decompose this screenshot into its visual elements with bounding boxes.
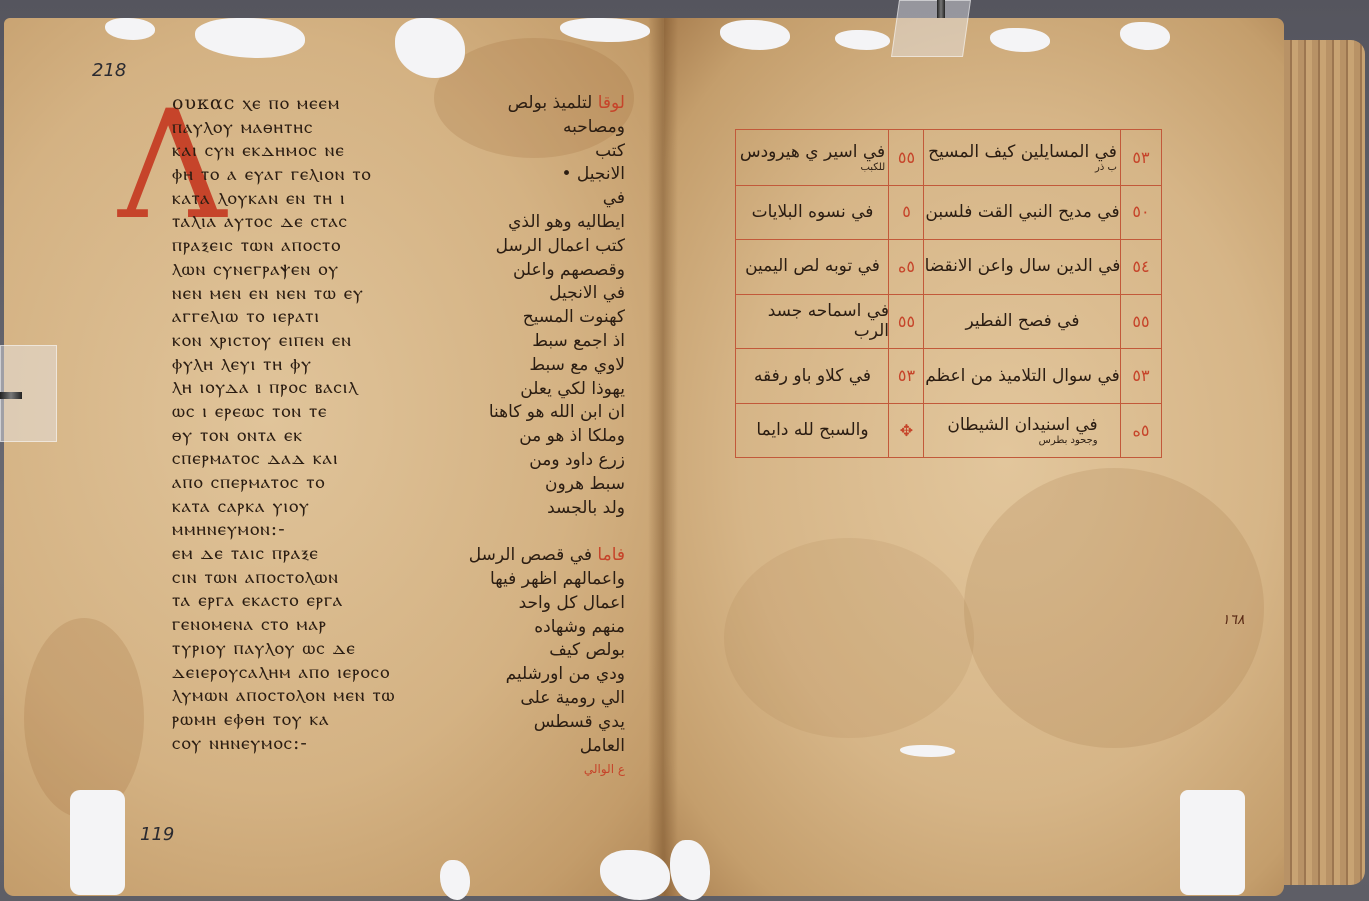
arabic-line: ودي من اورشليم — [455, 663, 625, 687]
arabic-line: زرع داود ومن — [455, 449, 625, 473]
coptic-line: ⲡⲁⲩⲗⲟⲩ ⲙⲁⲑⲏⲧⲏⲥ — [172, 116, 462, 140]
coptic-text-column: ουκαϲ ⲭⲉ ⲡⲟ ⲙⲉⲉⲙ ⲡⲁⲩⲗⲟⲩ ⲙⲁⲑⲏⲧⲏⲥ ⲕⲁⲓ ⲥⲩⲛ … — [172, 92, 462, 755]
chapter-title: في اسماحه جسد الرب — [736, 294, 889, 349]
chapter-title: في مديح النبي القت فلسبن — [923, 185, 1121, 240]
arabic-line: اذ اجمع سبط — [455, 330, 625, 354]
arabic-line: لاوي مع سبط — [455, 354, 625, 378]
chapter-title: في كلاو باو رفقه — [736, 348, 889, 403]
coptic-line: ⲕⲁⲧⲁ ⲥⲁⲣⲕⲁ ⲩⲓⲟⲩ — [172, 495, 462, 519]
table-row: ٥٣ في سوال التلاميذ من اعظم ٥٣ في كلاو ب… — [736, 348, 1161, 404]
arabic-line: كتب — [455, 140, 625, 164]
coptic-line: ⲧⲁⲗⲓⲁ ⲁⲩⲧⲟⲥ ⲇⲉ ⲥⲧⲁⲥ — [172, 210, 462, 234]
arabic-line: يهوذا لكي يعلن — [455, 378, 625, 402]
arabic-line: ان ابن الله هو كاهنا — [455, 401, 625, 425]
coptic-line: ουκαϲ ⲭⲉ ⲡⲟ ⲙⲉⲉⲙ — [172, 92, 462, 116]
table-row: ٥٥ في فصح الفطير ٥٥ في اسماحه جسد الرب — [736, 294, 1161, 350]
chapter-number: ٥ه — [888, 239, 924, 294]
chapter-title: في توبه لص اليمين — [736, 239, 889, 294]
arabic-line: يدي قسطس — [455, 711, 625, 735]
coptic-line: ⲗⲱⲛ ⲥⲩⲛⲉⲅⲣⲁⲯⲉⲛ ⲟⲩ — [172, 258, 462, 282]
repair-tape — [891, 0, 971, 57]
coptic-line: ⲱⲥ ⲓ ⲉⲣⲉⲱⲥ ⲧⲟⲛ ⲧⲉ — [172, 400, 462, 424]
coptic-line: ⲥⲟⲩ ⲛⲏⲛⲉⲩⲙⲟⲥ:- — [172, 732, 462, 756]
arabic-line: ولد بالجسد — [455, 497, 625, 521]
arabic-line: سبط هرون — [455, 473, 625, 497]
chapter-number: ٥٥ — [1120, 294, 1161, 349]
stain — [964, 468, 1264, 748]
arabic-line — [455, 520, 625, 544]
arabic-line: كتب اعمال الرسل — [455, 235, 625, 259]
coptic-line: ⲧⲁ ⲉⲣⲅⲁ ⲉⲕⲁⲥⲧⲟ ⲉⲣⲅⲁ — [172, 589, 462, 613]
arabic-line: وقصصهم واعلن — [455, 259, 625, 283]
chapter-number: ٥٠ — [1120, 185, 1161, 240]
chapter-number: ٥ه — [1120, 403, 1161, 458]
table-row: ٥٤ في الدين سال واعن الانقضا ٥ه في توبه … — [736, 239, 1161, 295]
table-row: ٥٣ في المسايلين كيف المسيحب ذر ٥٥ في اسي… — [736, 130, 1161, 186]
arabic-marginal-note: ع الوالي — [455, 758, 625, 782]
arabic-line: منهم وشهاده — [455, 616, 625, 640]
coptic-line: ⲗⲏ ⲓⲟⲩⲇⲁ ⲓ ⲡⲣⲟⲥ ⲃⲁⲥⲓⲗ — [172, 376, 462, 400]
chapter-number: ٥٣ — [1120, 130, 1161, 185]
arabic-line: ومصاحبه — [455, 116, 625, 140]
chapter-number: ٥٥ — [888, 294, 924, 349]
chapter-title: في اسنيدان الشيطانوجحود بطرس — [923, 403, 1121, 458]
arabic-line: فاما في قصص الرسل — [455, 544, 625, 568]
coptic-line: ⲕⲟⲛ ⲭⲣⲓⲥⲧⲟⲩ ⲉⲓⲡⲉⲛ ⲉⲛ — [172, 329, 462, 353]
folio-number-bottom: 119 — [140, 824, 174, 845]
arabic-line: لوقا لتلميذ بولص — [455, 92, 625, 116]
coptic-line: ⲫⲩⲗⲏ ⲗⲉⲩⲓ ⲧⲏ ⲫⲩ — [172, 353, 462, 377]
end-ornament: ✥ — [888, 403, 924, 458]
coptic-line: ⲅⲉⲛⲟⲙⲉⲛⲁ ⲥⲧⲟ ⲙⲁⲣ — [172, 613, 462, 637]
margin-number: ١٦٨ — [1222, 612, 1245, 628]
arabic-line: العامل — [455, 735, 625, 759]
coptic-line: ⲑⲩ ⲧⲟⲛ ⲟⲛⲧⲁ ⲉⲕ — [172, 424, 462, 448]
chapter-number: ٥٣ — [888, 348, 924, 403]
coptic-line: ⲉⲙ ⲇⲉ ⲧⲁⲓⲥ ⲡⲣⲁⲝⲉ — [172, 542, 462, 566]
coptic-line: ⲁⲅⲅⲉⲗⲓⲱ ⲧⲟ ⲓⲉⲣⲁⲧⲓ — [172, 305, 462, 329]
chapter-number: ٥٤ — [1120, 239, 1161, 294]
stain — [24, 618, 144, 818]
chapter-title: في نسوه البلايات — [736, 185, 889, 240]
arabic-line: في — [455, 187, 625, 211]
coptic-line: ⲥⲓⲛ ⲧⲱⲛ ⲁⲡⲟⲥⲧⲟⲗⲱⲛ — [172, 566, 462, 590]
arabic-line: في الانجيل — [455, 282, 625, 306]
coptic-line: ⲗⲩⲙⲱⲛ ⲁⲡⲟⲥⲧⲟⲗⲟⲛ ⲙⲉⲛ ⲧⲱ — [172, 684, 462, 708]
stain — [724, 538, 974, 738]
arabic-line: وملكا اذ هو من — [455, 425, 625, 449]
parchment-loss — [70, 790, 125, 895]
coptic-line: ⲙⲙⲏⲛⲉⲩⲙⲟⲛ:- — [172, 518, 462, 542]
chapter-title: في سوال التلاميذ من اعظم — [923, 348, 1121, 403]
coptic-line: ⲧⲩⲣⲓⲟⲩ ⲡⲁⲩⲗⲟⲩ ⲱⲥ ⲇⲉ — [172, 637, 462, 661]
coptic-line: ⲇⲉⲓⲉⲣⲟⲩⲥⲁⲗⲏⲙ ⲁⲡⲟ ⲓⲉⲣⲟⲥⲟ — [172, 661, 462, 685]
coptic-line: ⲫⲏ ⲧⲟ ⲁ ⲉⲩⲁⲅ ⲅⲉⲗⲓⲟⲛ ⲧⲟ — [172, 163, 462, 187]
coptic-line: ⲁⲡⲟ ⲥⲡⲉⲣⲙⲁⲧⲟⲥ ⲧⲟ — [172, 471, 462, 495]
coptic-line: ⲛⲉⲛ ⲙⲉⲛ ⲉⲛ ⲛⲉⲛ ⲧⲱ ⲉⲩ — [172, 282, 462, 306]
arabic-line: كهنوت المسيح — [455, 306, 625, 330]
chapter-number: ٥ — [888, 185, 924, 240]
arabic-line: الي رومية على — [455, 687, 625, 711]
book-gutter — [648, 18, 678, 896]
coptic-line: ⲣⲱⲙⲏ ⲉⲫⲑⲏ ⲧⲟⲩ ⲕⲁ — [172, 708, 462, 732]
table-row: ٥٠ في مديح النبي القت فلسبن ٥ في نسوه ال… — [736, 185, 1161, 241]
chapter-title: في الدين سال واعن الانقضا — [923, 239, 1121, 294]
folio-number-top: 218 — [92, 60, 126, 81]
page-edges-stack — [1270, 40, 1365, 885]
arabic-line: اعمال كل واحد — [455, 592, 625, 616]
closing-doxology: والسبح لله دايما — [736, 403, 889, 458]
metal-clip — [0, 392, 22, 399]
arabic-line: بولص كيف — [455, 639, 625, 663]
chapter-title: في فصح الفطير — [923, 294, 1121, 349]
parchment-loss — [1180, 790, 1245, 895]
chapter-title: في المسايلين كيف المسيحب ذر — [923, 130, 1121, 185]
arabic-line: واعمالهم اظهر فيها — [455, 568, 625, 592]
coptic-line: ⲕⲁⲓ ⲥⲩⲛ ⲉⲕⲇⲏⲙⲟⲥ ⲛⲉ — [172, 139, 462, 163]
arabic-line: ايطاليه وهو الذي — [455, 211, 625, 235]
coptic-line: ⲥⲡⲉⲣⲙⲁⲧⲟⲥ ⲇⲁⲇ ⲕⲁⲓ — [172, 447, 462, 471]
chapter-title: في اسير ي هيرودسللكبب — [736, 130, 889, 185]
coptic-line: ⲕⲁⲧⲁ ⲗⲟⲩⲕⲁⲛ ⲉⲛ ⲧⲏ ⲓ — [172, 187, 462, 211]
arabic-text-column: لوقا لتلميذ بولص ومصاحبه كتب الانجيل • ف… — [455, 92, 625, 782]
chapter-number: ٥٥ — [888, 130, 924, 185]
arabic-line: الانجيل • — [455, 163, 625, 187]
coptic-line: ⲡⲣⲁⲝⲉⲓⲥ ⲧⲱⲛ ⲁⲡⲟⲥⲧⲟ — [172, 234, 462, 258]
metal-clip — [937, 0, 945, 18]
chapter-index-table: ٥٣ في المسايلين كيف المسيحب ذر ٥٥ في اسي… — [735, 129, 1162, 458]
chapter-number: ٥٣ — [1120, 348, 1161, 403]
table-row: ٥ه في اسنيدان الشيطانوجحود بطرس ✥ والسبح… — [736, 403, 1161, 458]
